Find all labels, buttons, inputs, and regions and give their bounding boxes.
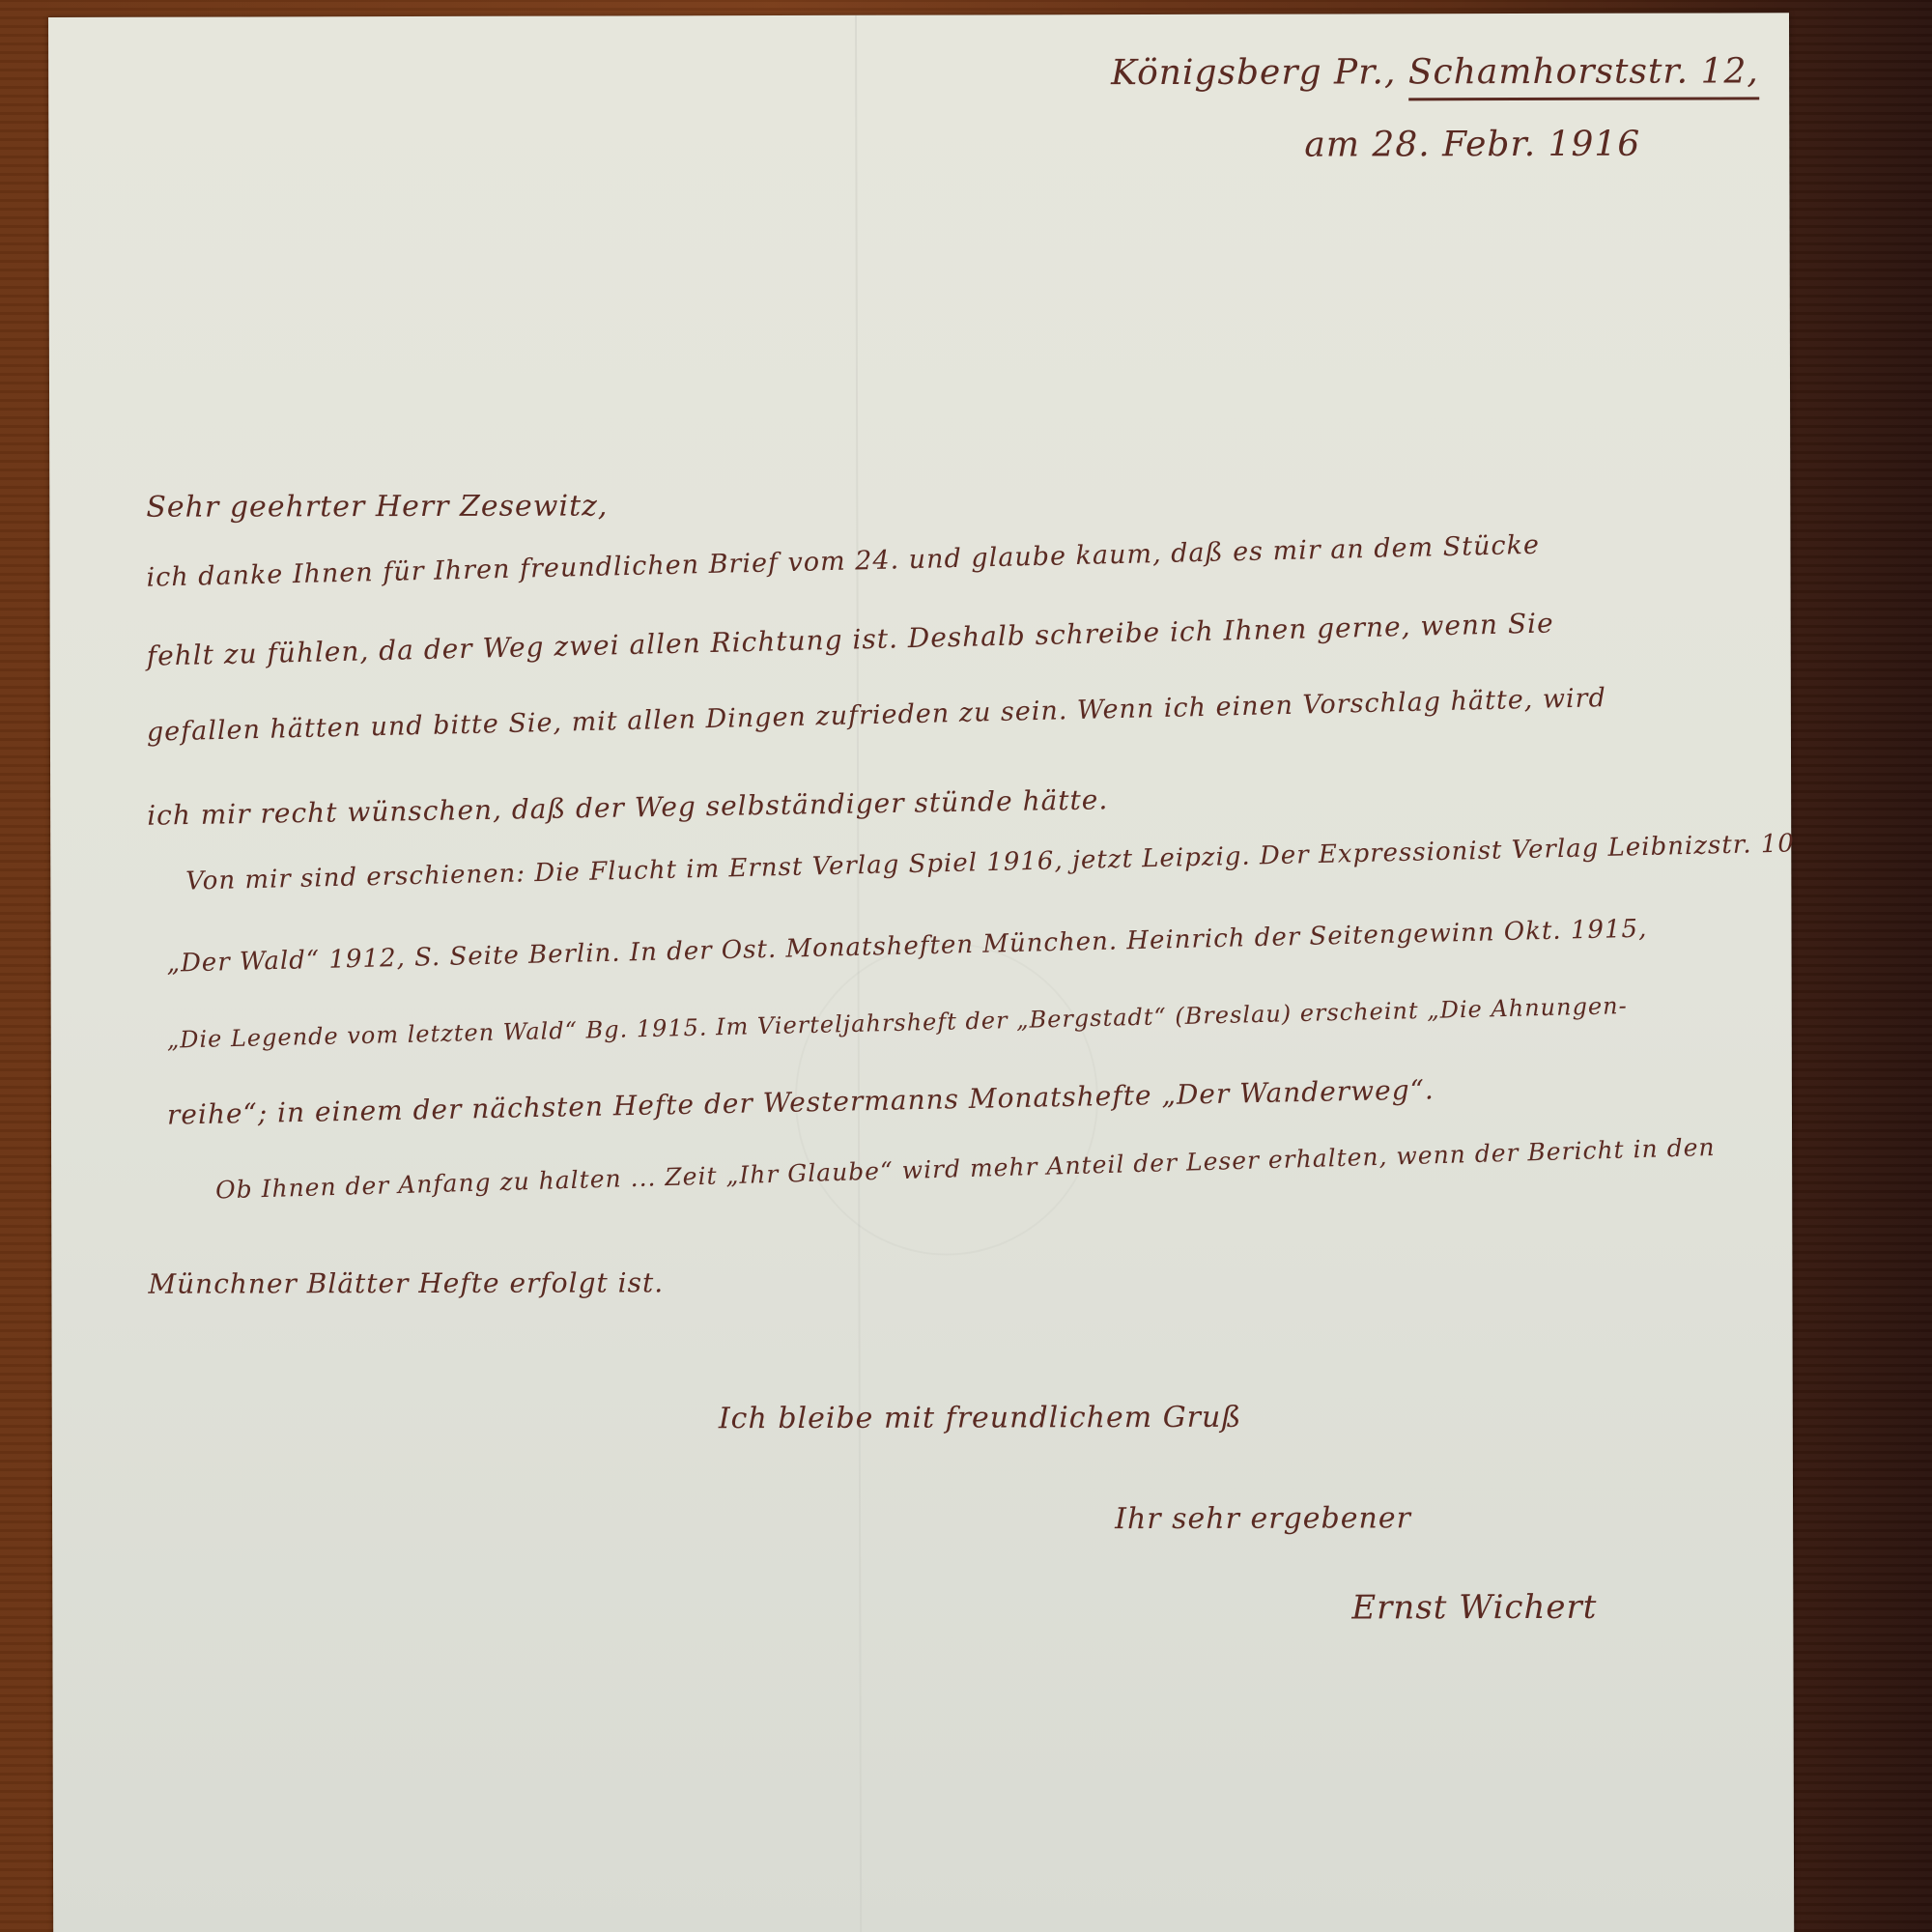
- body-line-1: ich danke Ihnen für Ihren freundlichen B…: [146, 530, 1540, 593]
- letter-paper: Königsberg Pr., Schamhorststr. 12, am 28…: [48, 13, 1794, 1932]
- closing-ergebener: Ihr sehr ergebener: [1115, 1501, 1411, 1536]
- body-line-3: gefallen hätten und bitte Sie, mit allen…: [147, 683, 1607, 748]
- header-street: Schamhorststr. 12,: [1408, 51, 1759, 100]
- signature: Ernst Wichert: [1351, 1588, 1597, 1628]
- letter-date: am 28. Febr. 1916: [1304, 125, 1640, 165]
- letter-header-place-line: Königsberg Pr., Schamhorststr. 12,: [1111, 51, 1759, 93]
- closing-greeting: Ich bleibe mit freundlichem Gruß: [719, 1401, 1242, 1435]
- body-line-4: ich mir recht wünschen, daß der Weg selb…: [147, 783, 1109, 831]
- letter-salutation: Sehr geehrter Herr Zesewitz,: [146, 489, 608, 524]
- header-place: Königsberg Pr.,: [1111, 52, 1396, 93]
- body-line-10: Münchner Blätter Hefte erfolgt ist.: [148, 1266, 664, 1299]
- body-line-5: Von mir sind erschienen: Die Flucht im E…: [185, 829, 1795, 895]
- body-line-2: fehlt zu fühlen, da der Weg zwei allen R…: [146, 607, 1554, 671]
